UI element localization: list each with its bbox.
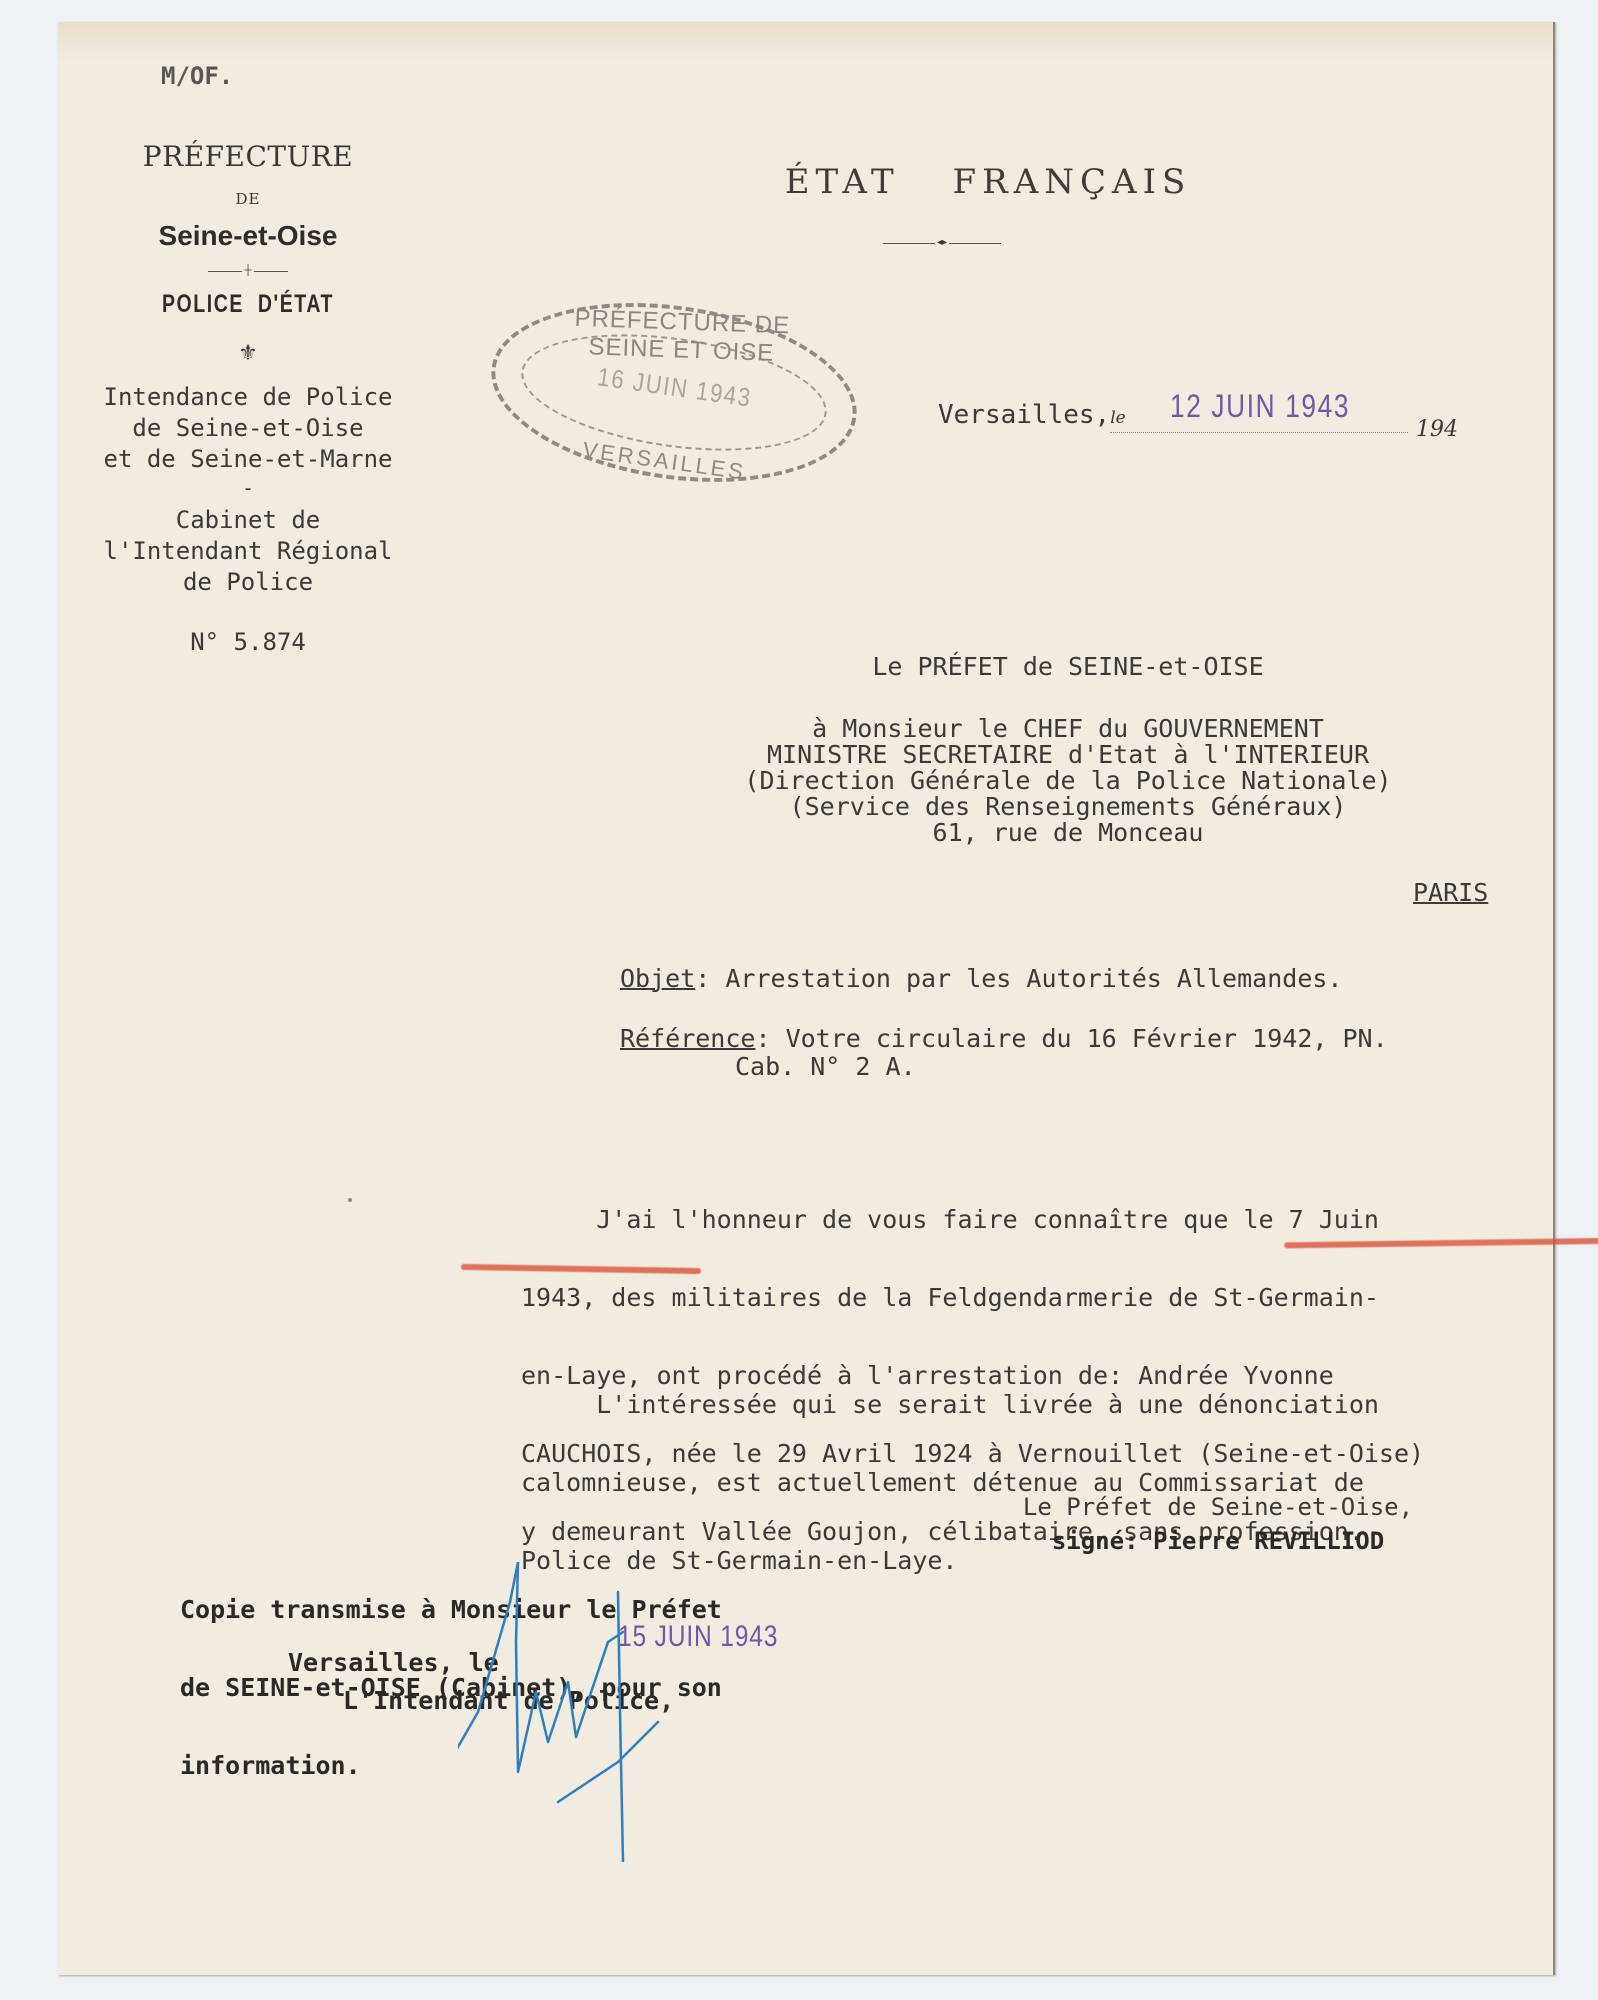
letterhead-cabinet: Cabinet de l'Intendant Régional de Polic… <box>88 505 408 598</box>
handwritten-signature-icon <box>458 1562 718 1862</box>
fleur-ornament-icon: ⚜ <box>88 340 408 366</box>
reference-line: Référence: Votre circulaire du 16 Févrie… <box>620 1025 1388 1081</box>
subject-label: Objet <box>620 964 695 993</box>
header-separator: ◂▸ <box>883 238 1001 248</box>
header-etat-francais: ÉTAT FRANÇAIS <box>678 162 1298 202</box>
intendance-line: de Seine-et-Oise <box>88 413 408 444</box>
document-number: N° 5.874 <box>88 628 408 656</box>
cabinet-line: de Police <box>88 567 408 598</box>
addressee-line: (Direction Générale de la Police Nationa… <box>678 768 1458 794</box>
prefect-signature-block: Le Préfet de Seine-et-Oise, signé: Pierr… <box>938 1490 1498 1558</box>
letterhead-de: DE <box>88 190 408 208</box>
letterhead-separator: ┼ <box>88 266 408 276</box>
letterhead-department: Seine-et-Oise <box>88 220 408 252</box>
addressee-line: à Monsieur le CHEF du GOUVERNEMENT <box>678 716 1458 742</box>
subject-text: : Arrestation par les Autorités Allemand… <box>695 964 1342 993</box>
dateline-dotted-line <box>1110 432 1408 433</box>
paper-speck <box>348 1198 352 1202</box>
reference-code: M/OF. <box>161 62 233 90</box>
cabinet-line: Cabinet de <box>88 505 408 536</box>
addressee-line: MINISTRE SECRETAIRE d'Etat à l'INTERIEUR <box>678 742 1458 768</box>
reference-text: : Votre circulaire du 16 Février 1942, P… <box>755 1024 1387 1053</box>
letter-page: M/OF. PRÉFECTURE DE Seine-et-Oise ┼ POLI… <box>58 22 1555 1975</box>
addressee-line: (Service des Renseignements Généraux) <box>678 794 1458 820</box>
intendance-line: et de Seine-et-Marne <box>88 444 408 475</box>
addressee-line: 61, rue de Monceau <box>678 820 1458 846</box>
subject-line: Objet: Arrestation par les Autorités All… <box>620 964 1342 993</box>
dateline-year-print: 194 <box>1416 417 1458 442</box>
signature-name: signé: Pierre REVILLIOD <box>938 1524 1498 1558</box>
sender-line: Le PRÉFET de SEINE-et-OISE <box>678 654 1458 680</box>
addressee-city: PARIS <box>1413 878 1488 907</box>
addressee-block: à Monsieur le CHEF du GOUVERNEMENT MINIS… <box>678 716 1458 846</box>
body-line: J'ai l'honneur de vous faire connaître q… <box>521 1207 1598 1233</box>
dateline-date-stamp: 12 JUIN 1943 <box>1170 388 1350 425</box>
dateline-city: Versailles,le <box>938 400 1126 430</box>
body-line: L'intéressée qui se serait livrée à une … <box>521 1392 1598 1418</box>
dateline-city-text: Versailles, <box>938 400 1110 430</box>
dateline-le: le <box>1110 408 1126 428</box>
intendance-line: Intendance de Police <box>88 382 408 413</box>
reference-text-2: Cab. N° 2 A. <box>620 1053 1388 1081</box>
body-line: 1943, des militaires de la Feldgendarmer… <box>521 1285 1598 1311</box>
letterhead-intendance: Intendance de Police de Seine-et-Oise et… <box>88 382 408 475</box>
reference-label: Référence <box>620 1024 755 1053</box>
letterhead-police-etat: POLICE D'ÉTAT <box>123 290 373 319</box>
signature-title: Le Préfet de Seine-et-Oise, <box>938 1490 1498 1524</box>
letterhead-prefecture: PRÉFECTURE <box>88 140 408 173</box>
letterhead-dash: - <box>88 476 408 500</box>
cabinet-line: l'Intendant Régional <box>88 536 408 567</box>
received-stamp: PRÉFECTURE DE SEINE ET OISE 16 JUIN 1943… <box>480 281 868 504</box>
